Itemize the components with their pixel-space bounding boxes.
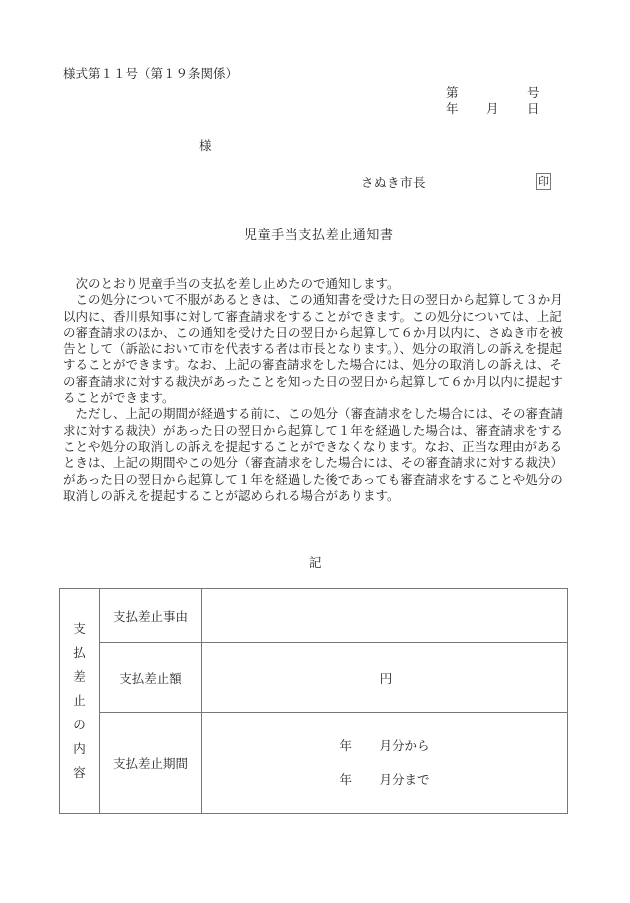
group-label-char: 容 [60, 761, 99, 785]
notice-paragraph: 次のとおり児童手当の支払を差し止めたので通知します。 [63, 276, 573, 292]
table-row: 支 払 差 止 の 内 容 支払差止事由 [60, 589, 568, 643]
group-label-char: 止 [60, 689, 99, 713]
reason-value [202, 589, 568, 643]
amount-value: 円 [202, 643, 568, 713]
period-from-month: 月分から [379, 738, 429, 753]
period-label: 支払差止期間 [100, 713, 202, 814]
group-label-char: の [60, 713, 99, 737]
amount-label: 支払差止額 [100, 643, 202, 713]
notice-paragraph: ただし、上記の期間が経過する前に、この処分（審査請求をした場合には、その審査請求… [63, 406, 573, 504]
notice-paragraph: この処分について不服があるときは、この通知書を受けた日の翌日から起算して３か月以… [63, 292, 573, 406]
period-from: 年月分から [202, 729, 567, 763]
issuer-name: さぬき市長 [361, 175, 426, 190]
period-value: 年月分から 年月分まで [202, 713, 568, 814]
suspension-details-table: 支 払 差 止 の 内 容 支払差止事由 支払差止額 円 支払差止期間 年月分か… [59, 588, 568, 814]
group-label-char: 払 [60, 641, 99, 665]
period-from-year: 年 [339, 729, 379, 763]
document-number-suffix: 号 [527, 85, 540, 100]
date-day-label: 日 [527, 101, 540, 116]
group-label-vertical: 支 払 差 止 の 内 容 [60, 589, 100, 814]
reason-label: 支払差止事由 [100, 589, 202, 643]
period-to-year: 年 [339, 763, 379, 797]
date-month-label: 月 [486, 101, 499, 116]
ki-heading: 記 [309, 555, 322, 570]
addressee-suffix: 様 [199, 138, 212, 153]
table-row: 支払差止額 円 [60, 643, 568, 713]
period-to: 年月分まで [202, 763, 567, 797]
seal-mark: 印 [536, 173, 551, 190]
yen-unit: 円 [377, 671, 393, 686]
document-title: 児童手当支払差止通知書 [244, 224, 394, 243]
group-label-char: 支 [60, 617, 99, 641]
group-label-char: 差 [60, 665, 99, 689]
group-label-char: 内 [60, 737, 99, 761]
document-number-label: 第 [446, 85, 459, 100]
notice-body: 次のとおり児童手当の支払を差し止めたので通知します。 この処分について不服がある… [63, 276, 573, 504]
form-number: 様式第１１号（第１９条関係） [63, 66, 238, 81]
table-row: 支払差止期間 年月分から 年月分まで [60, 713, 568, 814]
period-to-month: 月分まで [379, 772, 429, 787]
date-year-label: 年 [446, 101, 459, 116]
